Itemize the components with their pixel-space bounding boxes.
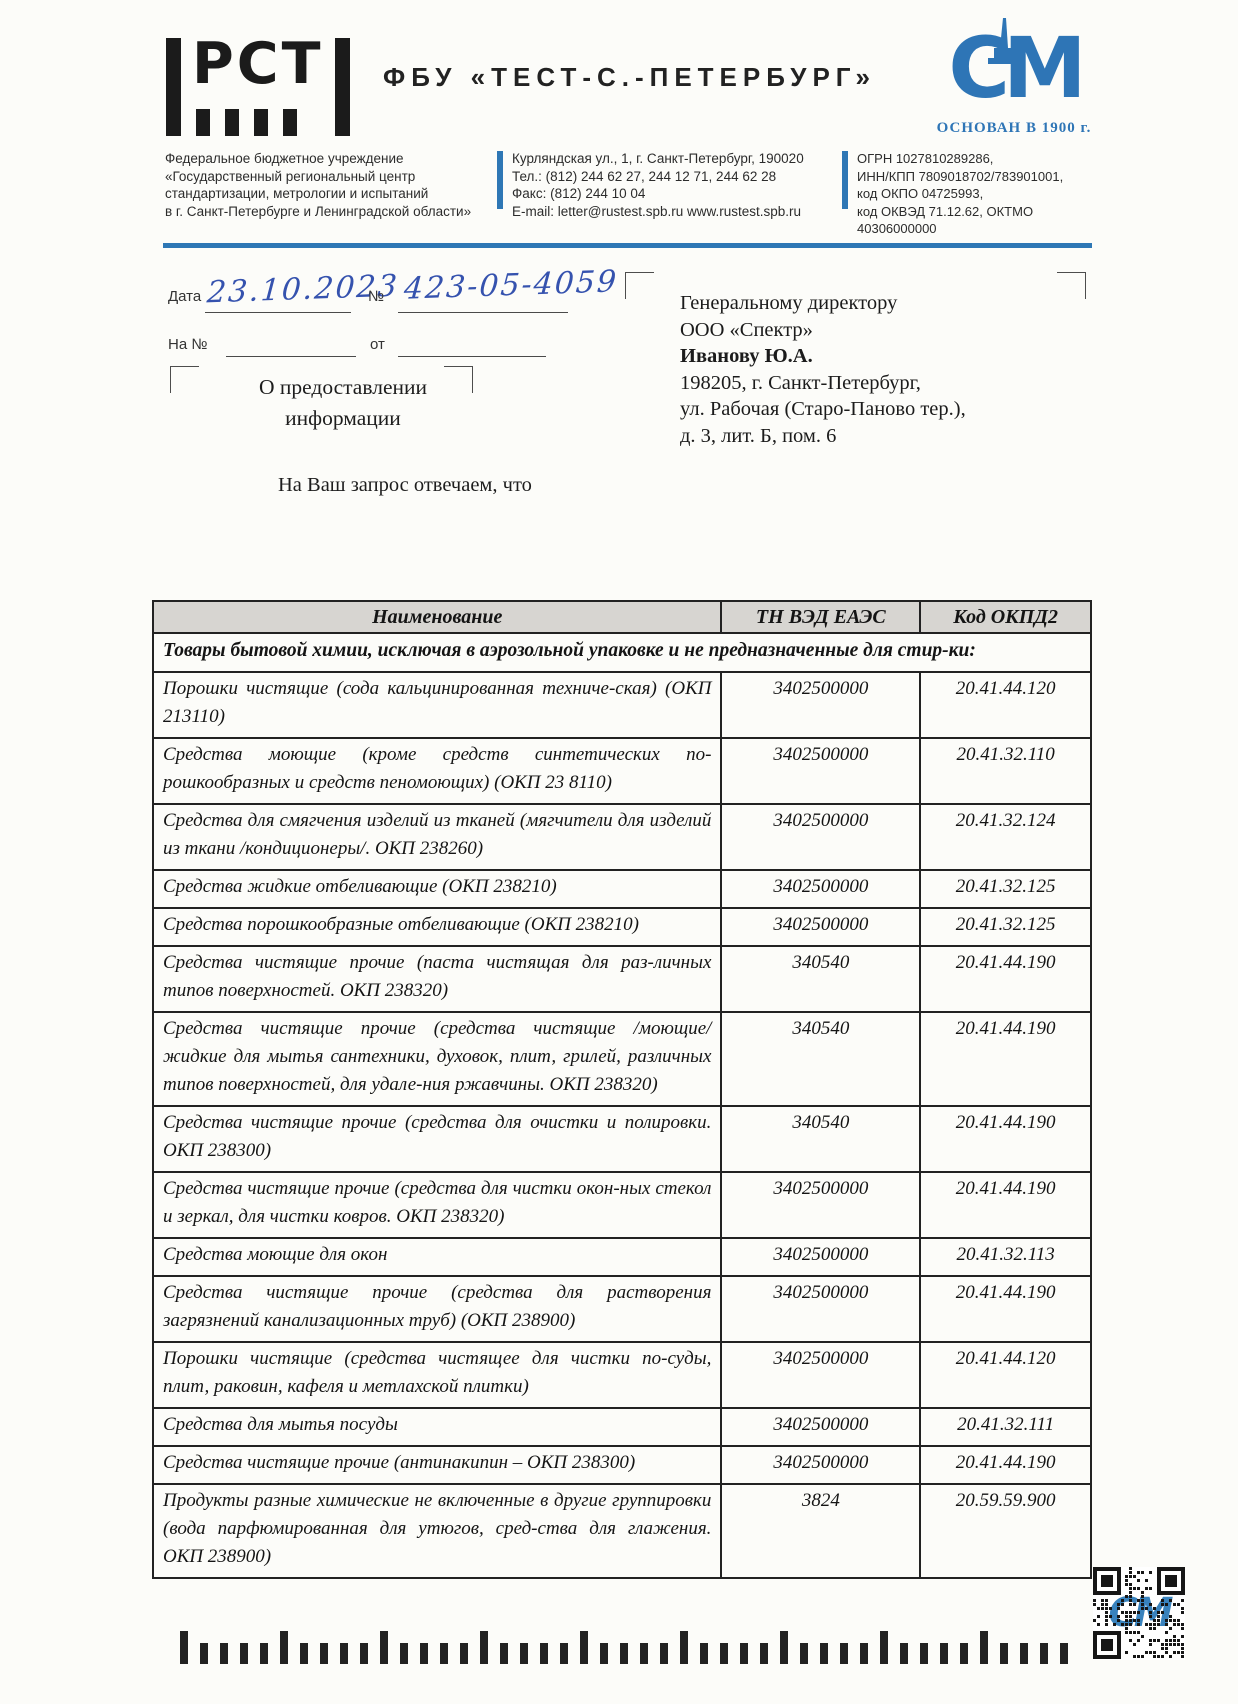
cell-product-name: Средства моющие (кроме средств синтетиче… xyxy=(153,738,721,804)
table-row: Порошки чистящие (средства чистящее для … xyxy=(153,1342,1091,1408)
bottom-registration-marks xyxy=(180,1630,1092,1664)
fortress-spire-icon xyxy=(986,18,1022,70)
cell-product-name: Порошки чистящие (средства чистящее для … xyxy=(153,1342,721,1408)
blue-separator-bar xyxy=(497,151,503,209)
rst-logo-left-bar xyxy=(166,38,181,136)
cell-tnved-code: 3402500000 xyxy=(721,1238,920,1276)
blue-separator-bar xyxy=(842,151,848,209)
body-intro-text: На Ваш запрос отвечаем, что xyxy=(278,474,532,497)
cell-okpd-code: 20.59.59.900 xyxy=(920,1484,1091,1578)
org-title: ФБУ «ТЕСТ-С.-ПЕТЕРБУРГ» xyxy=(383,62,876,93)
cm-logo: СМ ОСНОВАН В 1900 г. xyxy=(936,22,1092,137)
rst-logo-right-bar xyxy=(335,38,350,136)
recipient-corner-mark-right xyxy=(1057,272,1086,299)
header-info-row: Федеральное бюджетное учреждение «Госуда… xyxy=(165,150,1092,238)
cell-product-name: Средства чистящие прочие (антинакипин – … xyxy=(153,1446,721,1484)
cell-product-name: Средства моющие для окон xyxy=(153,1238,721,1276)
date-underline xyxy=(205,311,351,313)
recipient-block: Генеральному директору ООО «Спектр» Иван… xyxy=(680,290,966,449)
group-row-text: Товары бытовой химии, исключая в аэрозол… xyxy=(153,633,1091,672)
table-row: Средства чистящие прочие (средства для ч… xyxy=(153,1172,1091,1238)
rst-logo-letters: РСТ xyxy=(192,38,324,90)
date-label: Дата xyxy=(168,288,201,305)
reply-to-underline xyxy=(226,355,356,357)
table-row: Средства порошкообразные отбеливающие (О… xyxy=(153,908,1091,946)
cell-tnved-code: 340540 xyxy=(721,946,920,1012)
from-label: от xyxy=(370,336,385,353)
table-row: Средства моющие для окон 3402500000 20.4… xyxy=(153,1238,1091,1276)
table-row: Средства чистящие прочие (средства для о… xyxy=(153,1106,1091,1172)
cell-product-name: Средства порошкообразные отбеливающие (О… xyxy=(153,908,721,946)
cell-tnved-code: 3402500000 xyxy=(721,1342,920,1408)
cell-product-name: Средства для мытья посуды xyxy=(153,1408,721,1446)
recipient-address: 198205, г. Санкт-Петербург, ул. Рабочая … xyxy=(680,370,966,450)
recipient-corner-mark-left xyxy=(625,272,654,299)
number-underline xyxy=(398,311,568,313)
rst-logo-dashes xyxy=(192,109,324,136)
cell-product-name: Средства чистящие прочие (средства для ч… xyxy=(153,1172,721,1238)
cell-okpd-code: 20.41.44.120 xyxy=(920,1342,1091,1408)
cell-tnved-code: 3402500000 xyxy=(721,1446,920,1484)
table-row: Порошки чистящие (сода кальцинированная … xyxy=(153,672,1091,738)
cell-tnved-code: 3402500000 xyxy=(721,1408,920,1446)
cell-tnved-code: 3402500000 xyxy=(721,672,920,738)
table-row: Средства чистящие прочие (антинакипин – … xyxy=(153,1446,1091,1484)
org-address-block: Федеральное бюджетное учреждение «Госуда… xyxy=(165,150,497,220)
recipient-name: Иванову Ю.А. xyxy=(680,343,966,370)
cell-okpd-code: 20.41.44.190 xyxy=(920,946,1091,1012)
reply-to-label: На № xyxy=(168,336,207,353)
cell-okpd-code: 20.41.32.110 xyxy=(920,738,1091,804)
cell-okpd-code: 20.41.32.124 xyxy=(920,804,1091,870)
cell-product-name: Средства жидкие отбеливающие (ОКП 238210… xyxy=(153,870,721,908)
codes-table: Наименование ТН ВЭД ЕАЭС Код ОКПД2 Товар… xyxy=(152,600,1092,1579)
table-row: Средства для мытья посуды 3402500000 20.… xyxy=(153,1408,1091,1446)
qr-code: СМ xyxy=(1093,1567,1185,1660)
col-header-name: Наименование xyxy=(153,601,721,633)
table-row: Продукты разные химические не включенные… xyxy=(153,1484,1091,1578)
subject-corner-mark-left xyxy=(170,366,199,393)
cell-tnved-code: 340540 xyxy=(721,1012,920,1106)
cell-tnved-code: 3402500000 xyxy=(721,1276,920,1342)
table-row: Средства жидкие отбеливающие (ОКП 238210… xyxy=(153,870,1091,908)
table-header-row: Наименование ТН ВЭД ЕАЭС Код ОКПД2 xyxy=(153,601,1091,633)
cell-product-name: Средства чистящие прочие (паста чистящая… xyxy=(153,946,721,1012)
cell-okpd-code: 20.41.32.125 xyxy=(920,908,1091,946)
cell-okpd-code: 20.41.32.113 xyxy=(920,1238,1091,1276)
scanned-letter-page: РСТ ФБУ «ТЕСТ-С.-ПЕТЕРБУРГ» СМ ОСНОВАН В… xyxy=(0,0,1238,1704)
from-underline xyxy=(398,355,546,357)
cell-tnved-code: 3402500000 xyxy=(721,738,920,804)
founded-caption: ОСНОВАН В 1900 г. xyxy=(936,120,1092,137)
cell-okpd-code: 20.41.44.190 xyxy=(920,1446,1091,1484)
cell-okpd-code: 20.41.32.125 xyxy=(920,870,1091,908)
cell-okpd-code: 20.41.44.190 xyxy=(920,1106,1091,1172)
cell-tnved-code: 3402500000 xyxy=(721,1172,920,1238)
cell-product-name: Средства чистящие прочие (средства чистя… xyxy=(153,1012,721,1106)
table-row: Средства чистящие прочие (средства для р… xyxy=(153,1276,1091,1342)
cell-tnved-code: 3824 xyxy=(721,1484,920,1578)
contact-block: Курляндская ул., 1, г. Санкт-Петербург, … xyxy=(512,150,842,220)
table-row: Средства моющие (кроме средств синтетиче… xyxy=(153,738,1091,804)
number-label: № xyxy=(368,288,384,305)
table-row: Средства для смягчения изделий из тканей… xyxy=(153,804,1091,870)
cell-product-name: Порошки чистящие (сода кальцинированная … xyxy=(153,672,721,738)
cell-okpd-code: 20.41.44.190 xyxy=(920,1012,1091,1106)
rst-logo: РСТ xyxy=(166,38,350,136)
subject-line: О предоставлении информации xyxy=(212,372,474,434)
cell-okpd-code: 20.41.44.190 xyxy=(920,1276,1091,1342)
cell-tnved-code: 340540 xyxy=(721,1106,920,1172)
col-header-tnved: ТН ВЭД ЕАЭС xyxy=(721,601,920,633)
cell-product-name: Средства чистящие прочие (средства для о… xyxy=(153,1106,721,1172)
registration-codes-block: ОГРН 1027810289286, ИНН/КПП 7809018702/7… xyxy=(857,150,1089,238)
number-handwritten-value: 423-05-4059 xyxy=(403,264,619,307)
header-divider-rule xyxy=(163,243,1092,248)
cell-okpd-code: 20.41.44.120 xyxy=(920,672,1091,738)
table-row: Средства чистящие прочие (средства чистя… xyxy=(153,1012,1091,1106)
cell-product-name: Продукты разные химические не включенные… xyxy=(153,1484,721,1578)
recipient-title: Генеральному директору ООО «Спектр» xyxy=(680,290,966,343)
cell-tnved-code: 3402500000 xyxy=(721,804,920,870)
cell-okpd-code: 20.41.44.190 xyxy=(920,1172,1091,1238)
cell-product-name: Средства чистящие прочие (средства для р… xyxy=(153,1276,721,1342)
table-group-row: Товары бытовой химии, исключая в аэрозол… xyxy=(153,633,1091,672)
cell-product-name: Средства для смягчения изделий из тканей… xyxy=(153,804,721,870)
cell-tnved-code: 3402500000 xyxy=(721,870,920,908)
table-row: Средства чистящие прочие (паста чистящая… xyxy=(153,946,1091,1012)
cell-tnved-code: 3402500000 xyxy=(721,908,920,946)
cell-okpd-code: 20.41.32.111 xyxy=(920,1408,1091,1446)
col-header-okpd: Код ОКПД2 xyxy=(920,601,1091,633)
